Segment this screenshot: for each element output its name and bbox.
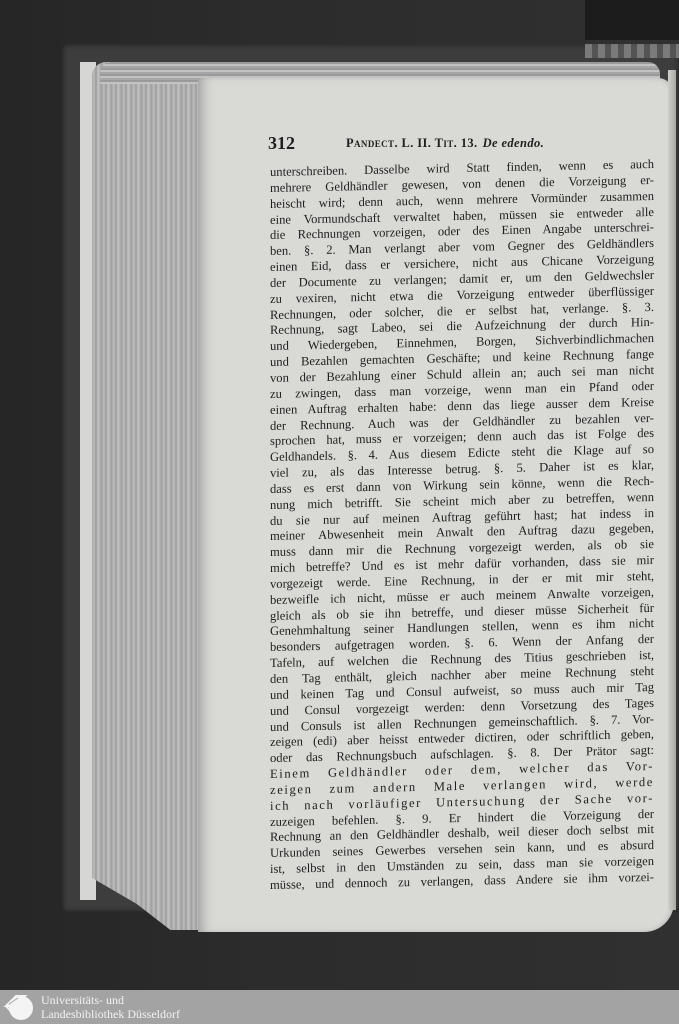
body-text: unterschreiben. Dasselbe wird Statt find… bbox=[270, 157, 654, 894]
running-head: 312 Pandect. L. II. Tit. 13.De edendo. bbox=[268, 133, 668, 153]
page-number: 312 bbox=[268, 133, 295, 154]
book-headband bbox=[585, 44, 679, 58]
running-head-title: Pandect. L. II. Tit. 13.De edendo. bbox=[346, 136, 544, 151]
scan-corner-shadow bbox=[585, 0, 679, 40]
library-name-line2: Landesbibliothek Düsseldorf bbox=[41, 1007, 180, 1021]
page-stack-edge bbox=[92, 62, 204, 930]
page-right-edge bbox=[668, 70, 676, 910]
running-head-italic: De edendo. bbox=[483, 136, 545, 150]
library-book-logo-icon[interactable] bbox=[3, 992, 35, 1022]
running-head-text: Pandect. L. II. Tit. 13. bbox=[346, 136, 478, 150]
library-name-line1: Universitäts- und bbox=[41, 993, 180, 1007]
library-footer: Universitäts- und Landesbibliothek Düsse… bbox=[0, 990, 679, 1024]
library-name[interactable]: Universitäts- und Landesbibliothek Düsse… bbox=[41, 993, 180, 1021]
